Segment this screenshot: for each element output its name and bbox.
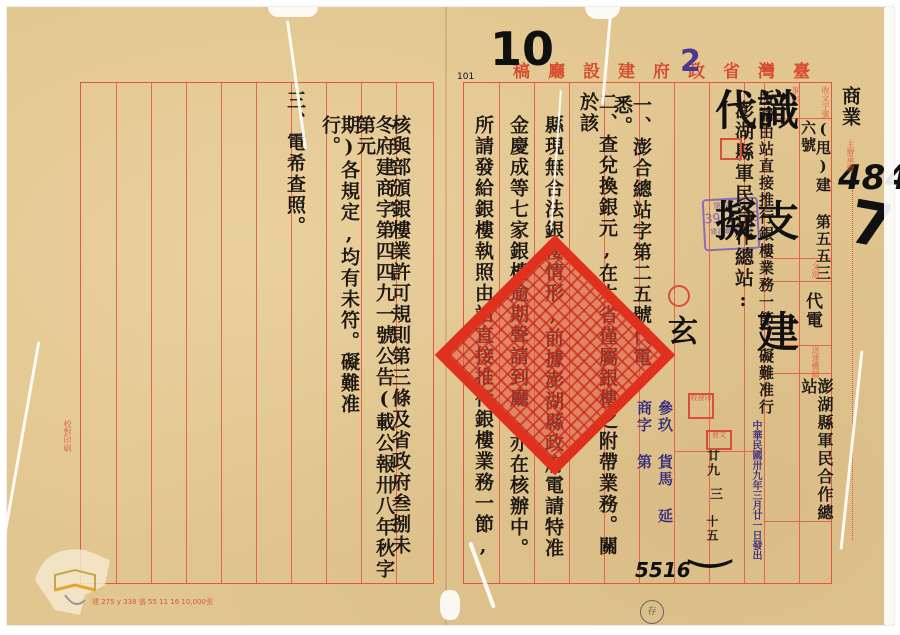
small-round-seal — [668, 285, 690, 307]
proofread-label: 校對印刷 — [62, 420, 73, 452]
category-text: 商業 — [840, 86, 859, 128]
small-number-mark: 101 — [457, 72, 474, 82]
seal-doc-stamp: 發文 — [706, 430, 732, 450]
handwritten-page-number: 10 — [490, 22, 554, 76]
label-doc-type: 文別 — [810, 262, 821, 278]
label-incoming-doc-no: 收文字號 — [820, 86, 831, 118]
purple-handwritten-number: 5516 — [635, 558, 691, 582]
handwritten-signature-squiggle: ‿ — [690, 510, 730, 568]
hand-date-2: 三 — [708, 487, 721, 502]
issue-date-stamp: 中華民國卅九年三月廿一日發出 — [748, 420, 763, 585]
paper-tear — [440, 590, 460, 620]
seal-receive-stamp: 收發印 — [688, 393, 714, 419]
approval-signature-side: 玄 — [664, 315, 694, 347]
page-fold — [445, 7, 447, 625]
handwritten-circle-mark: 2 — [680, 44, 701, 79]
recipient: 澎湖縣軍民合作總站 — [800, 378, 832, 538]
doc-type: 代電 — [803, 292, 820, 330]
archive-round-mark: 存 — [640, 600, 664, 624]
hand-date-1: 廿九 — [705, 448, 718, 478]
small-square-seal — [720, 138, 742, 160]
paper-edge — [884, 7, 894, 625]
approval-signature: 識 支 建 代 擬 — [712, 88, 796, 388]
dotted-binding-line — [852, 190, 853, 540]
label-recipient: 送達機關 — [810, 346, 821, 378]
body-line-8: 冬府建商字第四四九一號公告(載公報卅八年秋字第元 — [355, 115, 393, 585]
body-line-9: 期)各規定,均有未符。礙難准行。 — [320, 115, 358, 445]
label-undertaker: 主辦承辦 — [845, 140, 856, 172]
paper-tear — [268, 7, 318, 17]
purple-number-stamp: 參玖 貨馬 延 商字 第 — [634, 400, 676, 550]
archive-logo-icon — [25, 540, 120, 620]
